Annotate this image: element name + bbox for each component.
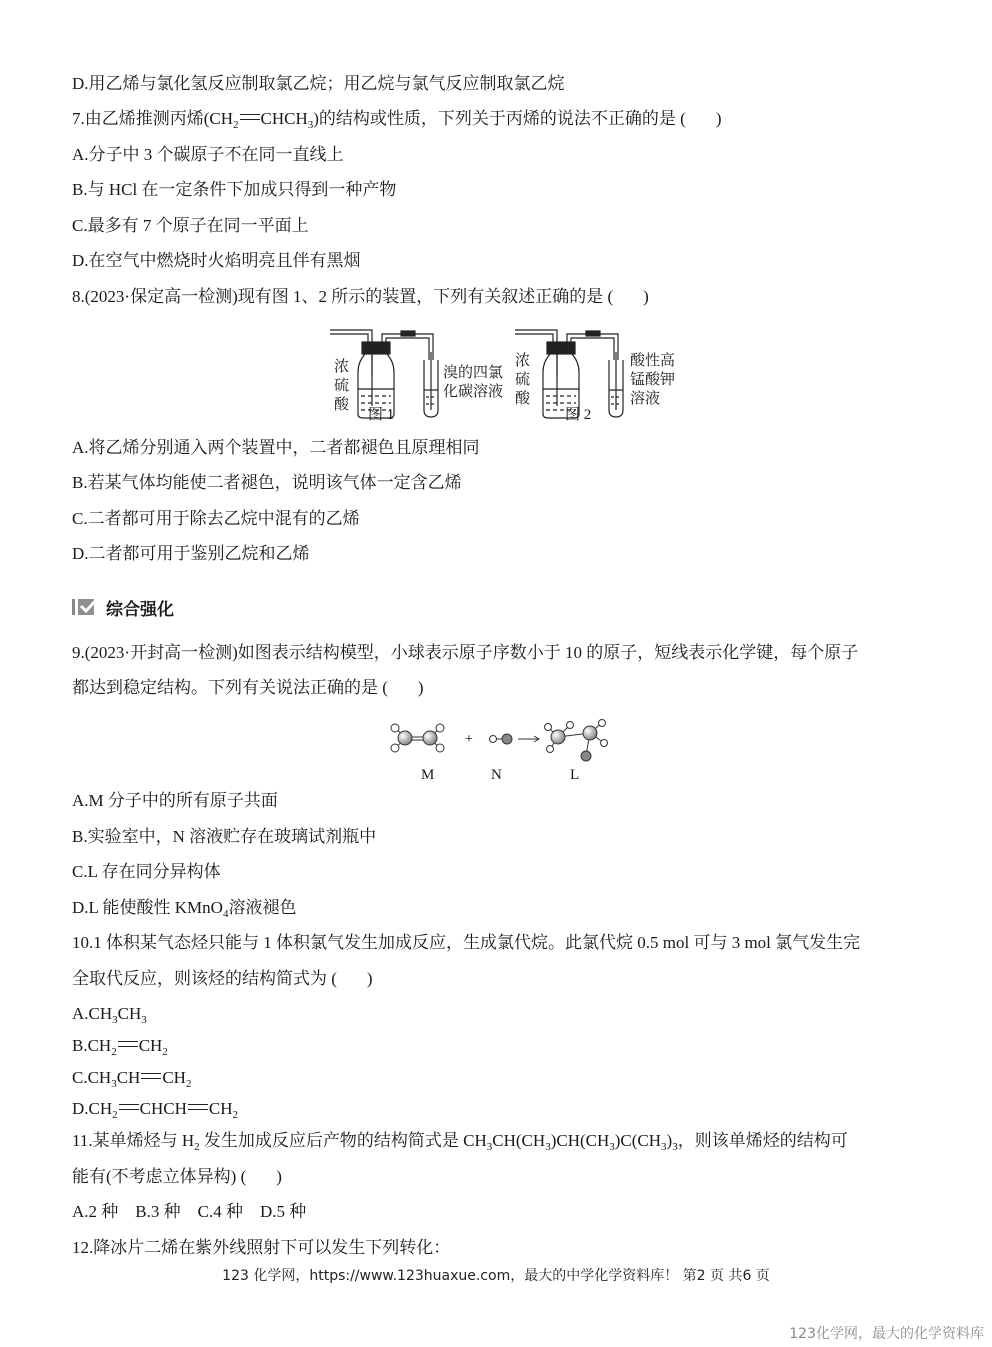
q9-option-c: C.L 存在同分异构体 (72, 861, 221, 883)
q7-text-c: )的结构或性质，下列关于丙烯的说法不正确的是 ( (313, 109, 686, 128)
q8-option-b: B.若某气体均能使二者褪色，说明该气体一定含乙烯 (72, 472, 462, 494)
formula-part: )CH(CH (551, 1131, 610, 1150)
reagent-label-2: 酸性高 锰酸钾 溶液 (630, 352, 675, 409)
formula-part: D.CH (72, 1099, 112, 1118)
q11-stem-line1: 11.某单烯烃与 H2 发生加成反应后产物的结构简式是 CH3CH(CH3)CH… (72, 1130, 848, 1152)
q10-option-a: A.CH3CH3 (72, 1003, 147, 1025)
answer-paren: ) (716, 109, 722, 128)
q11-stem-line2: 能有(不考虑立体异构) () (72, 1166, 282, 1188)
q7-option-b: B.与 HCl 在一定条件下加成只得到一种产物 (72, 179, 396, 201)
formula-part: C.CH (72, 1068, 111, 1087)
subscript: 2 (162, 1046, 168, 1058)
checkbox-check-icon (72, 597, 98, 617)
double-bond (141, 1073, 161, 1079)
answer-paren: ) (276, 1167, 282, 1186)
formula-part: CH(CH (492, 1131, 545, 1150)
q12-stem: 12.降冰片二烯在紫外线照射下可以发生下列转化： (72, 1237, 450, 1259)
double-bond (118, 1041, 138, 1047)
text-line: 溶液 (630, 390, 675, 409)
subscript: 2 (112, 1109, 118, 1121)
answer-paren: ) (367, 969, 373, 988)
q6-option-d: D.用乙烯与氯化氢反应制取氯乙烷；用乙烷与氯气反应制取氯乙烷 (72, 73, 565, 95)
q9d-text-a: D.L 能使酸性 KMnO (72, 898, 223, 917)
answer-paren: ) (418, 678, 424, 697)
subscript: 2 (233, 119, 239, 131)
q10-text: 全取代反应，则该烃的结构简式为 ( (72, 969, 337, 988)
q9d-text-b: 溶液褪色 (228, 898, 296, 917)
q8-stem: 8.(2023·保定高一检测)现有图 1、2 所示的装置，下列有关叙述正确的是 … (72, 286, 649, 308)
q10-stem-line1: 10.1 体积某气态烃只能与 1 体积氯气发生加成反应，生成氯代烷。此氯代烷 0… (72, 932, 860, 954)
q11-text-b: 发生加成反应后产物的结构简式是 CH (200, 1131, 487, 1150)
q10-option-c: C.CH3CHCH2 (72, 1067, 191, 1089)
q9-stem-line2: 都达到稳定结构。下列有关说法正确的是 () (72, 677, 424, 699)
q10-stem-line2: 全取代反应，则该烃的结构简式为 () (72, 968, 373, 990)
q7-text-a: 7.由乙烯推测丙烯(CH (72, 109, 233, 128)
label-n: N (491, 766, 502, 785)
q7-text-b: CHCH (261, 109, 308, 128)
double-bond (188, 1104, 208, 1110)
plus-sign: + (465, 732, 473, 747)
acid-label-2: 浓 硫 酸 (515, 352, 531, 409)
section-heading: 综合强化 (72, 595, 174, 619)
formula-part: CH (139, 1036, 163, 1055)
label-l: L (570, 766, 579, 785)
char: 酸 (334, 396, 350, 415)
double-bond (240, 114, 260, 120)
label-m: M (421, 766, 434, 785)
double-bond (119, 1104, 139, 1110)
char: 硫 (515, 371, 531, 390)
subscript: 2 (233, 1109, 239, 1121)
acid-label-1: 浓 硫 酸 (334, 358, 350, 415)
q10-option-b: B.CH2CH2 (72, 1035, 168, 1057)
q11-text: 能有(不考虑立体异构) ( (72, 1167, 246, 1186)
q9-option-d: D.L 能使酸性 KMnO4溶液褪色 (72, 897, 296, 919)
page-footer: 123 化学网，https://www.123huaxue.com，最大的中学化… (0, 1265, 992, 1285)
text-line: 溴的四氯 (443, 364, 503, 383)
q8-option-a: A.将乙烯分别通入两个装置中，二者都褪色且原理相同 (72, 437, 480, 459)
q11-text-a: 11.某单烯烃与 H (72, 1131, 194, 1150)
q7-option-d: D.在空气中燃烧时火焰明亮且伴有黑烟 (72, 250, 361, 272)
formula-part: B.CH (72, 1036, 111, 1055)
section-title: 综合强化 (106, 595, 174, 620)
char: 酸 (515, 390, 531, 409)
text-line: 锰酸钾 (630, 371, 675, 390)
subscript: 2 (186, 1078, 192, 1090)
q9-option-b: B.实验室中，N 溶液贮存在玻璃试剂瓶中 (72, 826, 376, 848)
subscript: 2 (111, 1046, 117, 1058)
q8-option-c: C.二者都可用于除去乙烷中混有的乙烯 (72, 508, 360, 530)
answer-paren: ) (643, 287, 649, 306)
q7-option-a: A.分子中 3 个碳原子不在同一直线上 (72, 144, 344, 166)
watermark: 123化学网，最大的化学资料库 (789, 1323, 984, 1343)
text-line: 化碳溶液 (443, 383, 503, 402)
figure-1-caption: 图 1 (368, 406, 394, 425)
figure-2-caption: 图 2 (565, 406, 591, 425)
q11-options: A.2 种 B.3 种 C.4 种 D.5 种 (72, 1201, 306, 1223)
reagent-label-1: 溴的四氯 化碳溶液 (443, 364, 503, 402)
char: 浓 (515, 352, 531, 371)
subscript: 3 (141, 1014, 147, 1026)
formula-part: CH (162, 1068, 186, 1087)
formula-part: CHCH (140, 1099, 187, 1118)
formula-part: CH (117, 1068, 141, 1087)
formula-part: CH (118, 1004, 142, 1023)
q7-stem: 7.由乙烯推测丙烯(CH2CHCH3)的结构或性质，下列关于丙烯的说法不正确的是… (72, 108, 722, 130)
formula-part: )C(CH (615, 1131, 661, 1150)
q7-option-c: C.最多有 7 个原子在同一平面上 (72, 215, 309, 237)
q9-text: 都达到稳定结构。下列有关说法正确的是 ( (72, 678, 388, 697)
formula-part: CH (209, 1099, 233, 1118)
molecule-model-figure: + M N L (380, 715, 620, 790)
apparatus-figure: 浓 硫 酸 图 1 溴的四氯 化碳溶液 浓 硫 酸 图 2 酸性高 锰酸钾 溶液 (325, 322, 705, 427)
q10-option-d: D.CH2CHCHCH2 (72, 1098, 238, 1120)
char: 浓 (334, 358, 350, 377)
formula-part: A.CH (72, 1004, 112, 1023)
q8-text: 8.(2023·保定高一检测)现有图 1、2 所示的装置，下列有关叙述正确的是 … (72, 287, 613, 306)
q9-option-a: A.M 分子中的所有原子共面 (72, 790, 278, 812)
q9-stem-line1: 9.(2023·开封高一检测)如图表示结构模型，小球表示原子序数小于 10 的原… (72, 642, 858, 664)
text-line: 酸性高 (630, 352, 675, 371)
char: 硫 (334, 377, 350, 396)
ball-stick-models: + (380, 715, 620, 763)
q11-text-c: ，则该单烯烃的结构可 (678, 1131, 848, 1150)
q8-option-d: D.二者都可用于鉴别乙烷和乙烯 (72, 543, 310, 565)
